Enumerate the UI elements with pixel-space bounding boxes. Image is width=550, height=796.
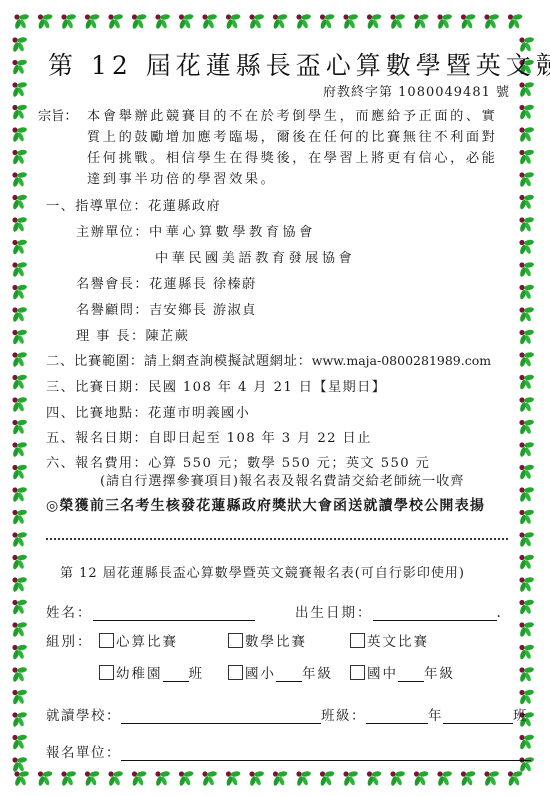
contest-scope-value: 請上網查詢模擬試題網址： <box>144 354 312 369</box>
guide-unit-label: 一、指導單位： <box>46 199 148 214</box>
host-unit-row: 主辦單位：中華心算數學教育協會 <box>76 221 316 240</box>
checkbox[interactable] <box>228 633 243 648</box>
grade-suffix: 年級 <box>424 666 455 682</box>
checkbox[interactable] <box>350 633 365 648</box>
purpose-text: 本會舉辦此競賽目的不在於考倒學生，而應給予正面的、實質上的鼓勵增加應考臨場，爾後… <box>87 106 513 190</box>
grade-prefix: 國小 <box>245 666 276 682</box>
contest-venue-row: 四、比賽地點：花蓮市明義國小 <box>46 402 250 421</box>
registration-fee-row: 六、報名費用：心算 550 元；數學 550 元；英文 550 元 <box>46 452 430 471</box>
year-label: 年 <box>428 708 443 724</box>
checkbox[interactable] <box>99 633 114 648</box>
school-input-line[interactable] <box>121 709 321 724</box>
contest-venue-label: 四、比賽地點： <box>46 406 148 421</box>
registration-fee-value: 心算 550 元；數學 550 元；英文 550 元 <box>148 456 430 471</box>
contest-option-mental-math[interactable]: 心算比賽 <box>99 630 178 650</box>
registration-date-value: 自即日起至 108 年 3 月 22 日止 <box>148 431 372 446</box>
cut-line-divider <box>46 538 508 540</box>
grade-blank[interactable] <box>276 669 302 682</box>
grade-prefix: 國中 <box>367 666 398 682</box>
school-field-row: 就讀學校：班級：年班 <box>46 704 528 724</box>
class-label: 班級： <box>321 708 366 724</box>
checkbox[interactable] <box>99 665 114 680</box>
registration-date-row: 五、報名日期：自即日起至 108 年 3 月 22 日止 <box>46 427 372 446</box>
contest-venue-value: 花蓮市明義國小 <box>148 406 250 421</box>
award-highlight: ◎榮獲前三名考生核發花蓮縣政府獎狀大會函送就讀學校公開表揚 <box>46 495 485 515</box>
purpose-section: 宗旨： 本會舉辦此競賽目的不在於考倒學生，而應給予正面的、實質上的鼓勵增加應考臨… <box>38 106 513 190</box>
contest-option-math[interactable]: 數學比賽 <box>228 630 307 650</box>
guide-unit-row: 一、指導單位：花蓮縣政府 <box>46 195 221 214</box>
honorary-chair-label: 名譽會長： <box>76 277 149 292</box>
checkbox[interactable] <box>350 665 365 680</box>
grade-option-junior-high[interactable]: 國中年級 <box>350 662 455 682</box>
class-suffix: 班 <box>513 708 528 724</box>
contest-option-label: 心算比賽 <box>116 634 178 650</box>
birth-label: 出生日期： <box>295 605 373 621</box>
purpose-label: 宗旨： <box>38 106 78 127</box>
registration-fee-label: 六、報名費用： <box>46 456 148 471</box>
contest-date-row: 三、比賽日期：民國 108 年 4 月 21 日【星期日】 <box>46 376 386 395</box>
document-number: 府教終字第 1080049481 號 <box>323 81 510 100</box>
host-unit-value-1: 中華心算數學教育協會 <box>149 225 316 240</box>
contest-scope-label: 二、比賽範圍： <box>46 354 144 369</box>
chairman-row: 理 事 長：陳芷蕨 <box>76 325 189 344</box>
honorary-advisor-row: 名譽顧問：吉安鄉長 游淑貞 <box>76 299 257 318</box>
grade-suffix: 年級 <box>302 666 333 682</box>
contest-date-value: 民國 108 年 4 月 21 日【星期日】 <box>148 380 386 395</box>
contest-option-english[interactable]: 英文比賽 <box>350 630 429 650</box>
host-unit-value-2: 中華民國美語教育發展協會 <box>155 247 355 266</box>
checkbox[interactable] <box>228 665 243 680</box>
grade-blank[interactable] <box>398 669 424 682</box>
unit-label: 報名單位： <box>46 745 121 761</box>
class-number-input-line[interactable] <box>443 709 513 724</box>
honorary-chair-value: 花蓮縣長 徐榛蔚 <box>149 277 257 292</box>
document-title: 第 12 屆花蓮縣長盃心算數學暨英文競賽 <box>48 46 508 82</box>
honorary-chair-row: 名譽會長：花蓮縣長 徐榛蔚 <box>76 273 257 292</box>
grade-option-elementary[interactable]: 國小年級 <box>228 662 333 682</box>
practice-url-link[interactable]: www.maja-0800281989.com <box>312 353 491 368</box>
guide-unit-value: 花蓮縣政府 <box>148 199 221 214</box>
grade-blank[interactable] <box>163 669 189 682</box>
grade-prefix: 幼稚園 <box>116 666 163 682</box>
contest-scope-row: 二、比賽範圍：請上網查詢模擬試題網址：www.maja-0800281989.c… <box>46 350 491 369</box>
class-year-input-line[interactable] <box>366 709 428 724</box>
registration-date-label: 五、報名日期： <box>46 431 148 446</box>
school-label: 就讀學校： <box>46 708 121 724</box>
name-field-row: 姓名： <box>46 601 255 621</box>
birth-field-row: 出生日期：. <box>295 601 503 621</box>
group-label: 組別： <box>46 630 93 650</box>
name-input-line[interactable] <box>93 606 255 621</box>
honorary-advisor-label: 名譽顧問： <box>76 303 149 318</box>
honorary-advisor-value: 吉安鄉長 游淑貞 <box>149 303 257 318</box>
chairman-label: 理 事 長： <box>76 329 146 344</box>
grade-option-kindergarten[interactable]: 幼稚園班 <box>99 662 204 682</box>
grade-suffix: 班 <box>189 666 205 682</box>
unit-input-line[interactable] <box>121 746 531 761</box>
birth-suffix: . <box>497 605 503 621</box>
form-title: 第 12 屆花蓮縣長盃心算數學暨英文競賽報名表(可自行影印使用) <box>60 562 465 581</box>
host-unit-label: 主辦單位： <box>76 225 149 240</box>
contest-option-label: 英文比賽 <box>367 634 429 650</box>
contest-date-label: 三、比賽日期： <box>46 380 148 395</box>
birth-input-line[interactable] <box>373 606 497 621</box>
contest-option-label: 數學比賽 <box>245 634 307 650</box>
unit-field-row: 報名單位： <box>46 741 531 761</box>
chairman-value: 陳芷蕨 <box>146 329 190 344</box>
registration-fee-note: (請自行選擇參賽項目)報名表及報名費請交給老師統一收齊 <box>100 470 464 489</box>
name-label: 姓名： <box>46 605 93 621</box>
